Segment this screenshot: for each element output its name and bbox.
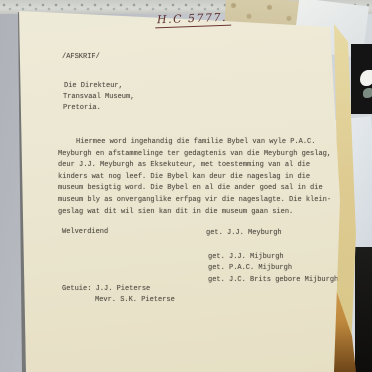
signature-4: get. J.C. Brits gebore Mijburgh bbox=[208, 275, 338, 286]
recipient-line-1: Die Direkteur, bbox=[64, 81, 123, 92]
body-line-4: kinders wat nog leef. Die Bybel kan deur… bbox=[58, 172, 310, 183]
body-line-1: Hiermee word ingehandig die familie Bybe… bbox=[76, 137, 315, 148]
body-line-6: museum bly as onverganglike erfpag vir d… bbox=[58, 195, 331, 206]
body-line-5: museum besigtig word. Die Bybel en al di… bbox=[58, 183, 323, 194]
photo-highlight-blob-small bbox=[363, 88, 372, 98]
signature-1: get. J.J. Meyburgh bbox=[206, 228, 282, 239]
signature-2: get. J.J. Mijburgh bbox=[208, 252, 284, 263]
handwritten-catalog-number: H.C 5777. bbox=[155, 11, 231, 29]
witness-line-2: Mevr. S.K. Pieterse bbox=[95, 295, 175, 306]
place-name: Welverdiend bbox=[62, 227, 108, 238]
signature-3: get. P.A.C. Mijburgh bbox=[208, 263, 292, 274]
photo-highlight-blob bbox=[360, 70, 372, 86]
copy-label: /AFSKRIF/ bbox=[62, 52, 100, 63]
witness-line-1: Getuie: J.J. Pieterse bbox=[62, 284, 150, 295]
body-line-7: geslag wat dit wil sien kan dit in die m… bbox=[58, 207, 293, 218]
letter-page: /AFSKRIF/ Die Direkteur, Transvaal Museu… bbox=[0, 0, 372, 372]
photographed-document: /AFSKRIF/ Die Direkteur, Transvaal Museu… bbox=[0, 0, 372, 372]
recipient-line-2: Transvaal Museum, bbox=[63, 92, 134, 103]
body-line-2: Meyburgh en afstammelinge ter gedagtenis… bbox=[58, 149, 331, 160]
recipient-line-3: Pretoria. bbox=[63, 103, 101, 114]
dark-photo-corner-bottom bbox=[355, 247, 372, 372]
body-line-3: deur J.J. Meyburgh as Eksekuteur, met to… bbox=[58, 160, 310, 171]
